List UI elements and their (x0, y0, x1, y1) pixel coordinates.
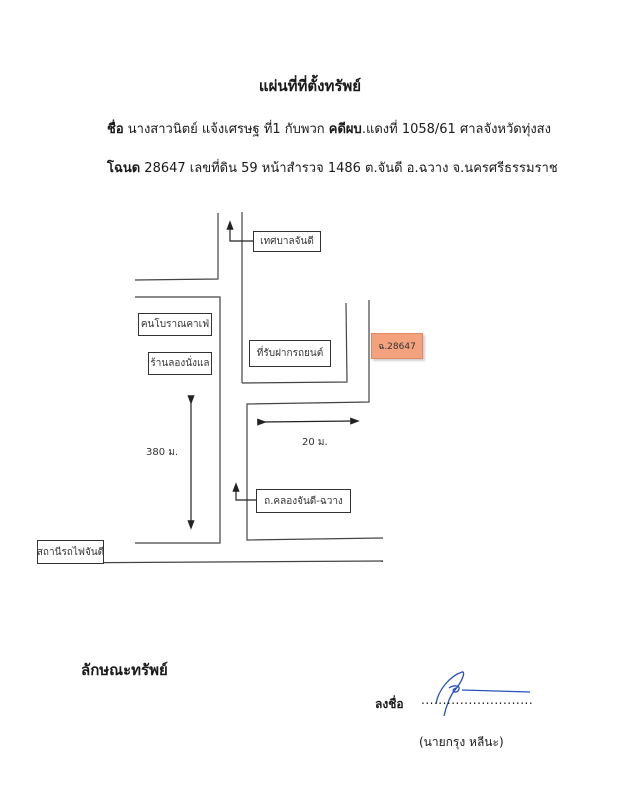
section-title: ลักษณะทรัพย์ (81, 658, 168, 682)
dimension-horizontal-label: 20 ม. (302, 435, 328, 450)
deed-number-tag: ฉ.28647 (371, 333, 423, 359)
sign-label: ลงชื่อ (375, 695, 404, 714)
signature-line: .......................... (421, 693, 533, 707)
dimension-vertical-label: 380 ม. (146, 445, 178, 460)
label-municipality: เทศบาลจันดี (253, 231, 321, 252)
dimension-arrow-horizontal (262, 421, 355, 422)
label-road: ถ.คลองจันดี-ฉวาง (256, 489, 351, 513)
road-edge (135, 213, 218, 280)
label-shop: ร้านลองนั่งแล (148, 352, 212, 375)
label-station: สถานีรถไฟจันดี (37, 540, 104, 564)
label-car-care: ที่รับฝากรถยนต์ (249, 340, 331, 367)
label-cafe: คนโบราณคาเฟ่ (138, 313, 212, 336)
signer-name: (นายกรุง หลีนะ) (419, 733, 504, 752)
road-arrow-icon (236, 487, 256, 500)
